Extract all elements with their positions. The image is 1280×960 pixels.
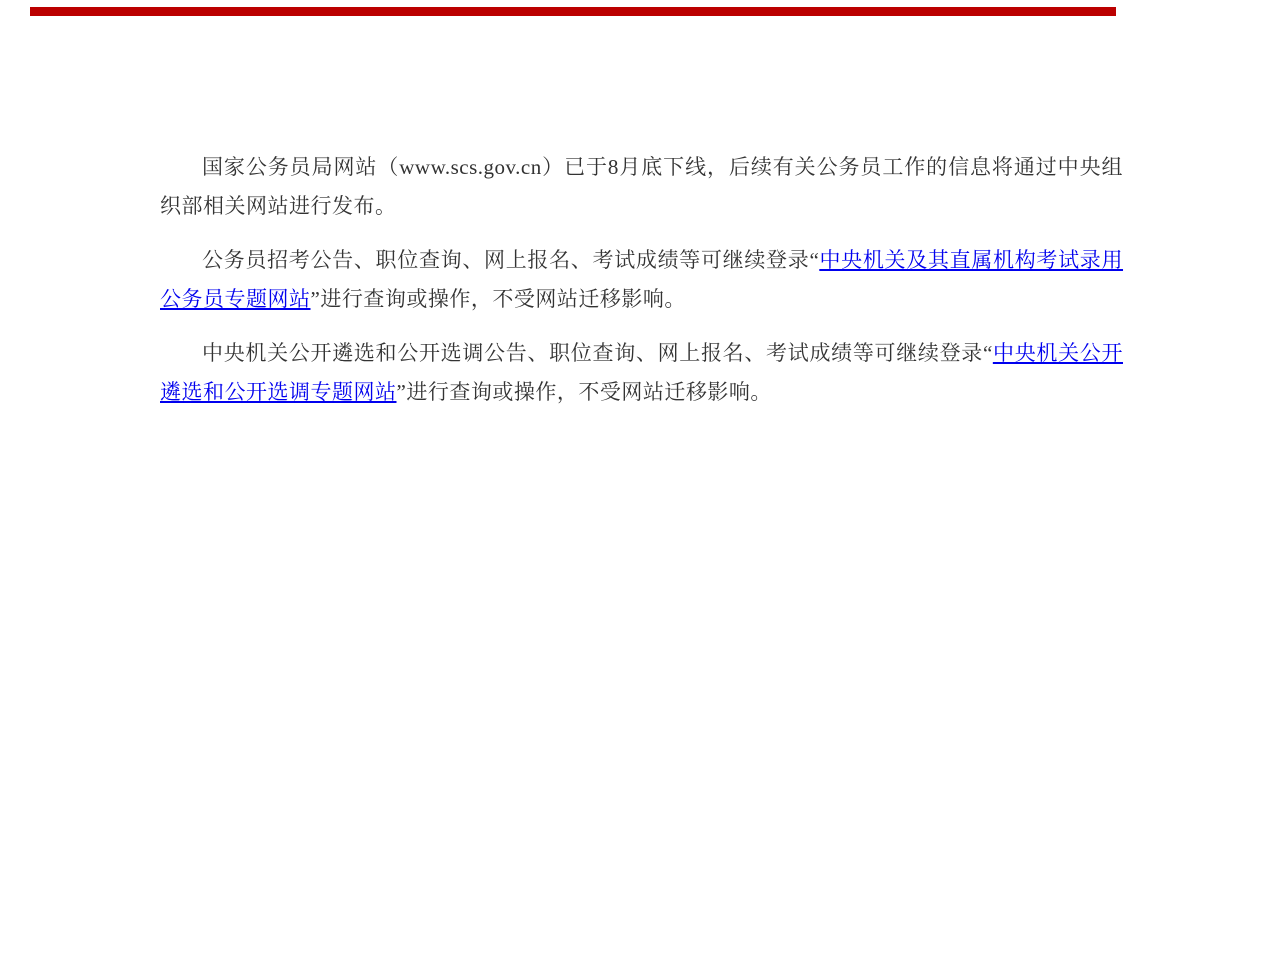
paragraph-text: ”进行查询或操作，不受网站迁移影响。 [397, 380, 772, 404]
paragraph-text: 中央机关公开遴选和公开选调公告、职位查询、网上报名、考试成绩等可继续登录“ [202, 341, 993, 365]
notice-content: 国家公务员局网站（www.scs.gov.cn）已于8月底下线，后续有关公务员工… [160, 148, 1123, 427]
notice-page: { "page": { "background": "#ffffff" }, "… [0, 0, 1280, 960]
notice-paragraph-selection: 中央机关公开遴选和公开选调公告、职位查询、网上报名、考试成绩等可继续登录“中央机… [160, 334, 1123, 412]
paragraph-text: 国家公务员局网站（www.scs.gov.cn）已于8月底下线，后续有关公务员工… [160, 155, 1123, 218]
paragraph-text: ”进行查询或操作，不受网站迁移影响。 [311, 287, 686, 311]
top-red-bar [30, 7, 1116, 16]
notice-paragraph-recruitment: 公务员招考公告、职位查询、网上报名、考试成绩等可继续登录“中央机关及其直属机构考… [160, 241, 1123, 319]
notice-paragraph-offline: 国家公务员局网站（www.scs.gov.cn）已于8月底下线，后续有关公务员工… [160, 148, 1123, 226]
paragraph-text: 公务员招考公告、职位查询、网上报名、考试成绩等可继续登录“ [202, 248, 819, 272]
